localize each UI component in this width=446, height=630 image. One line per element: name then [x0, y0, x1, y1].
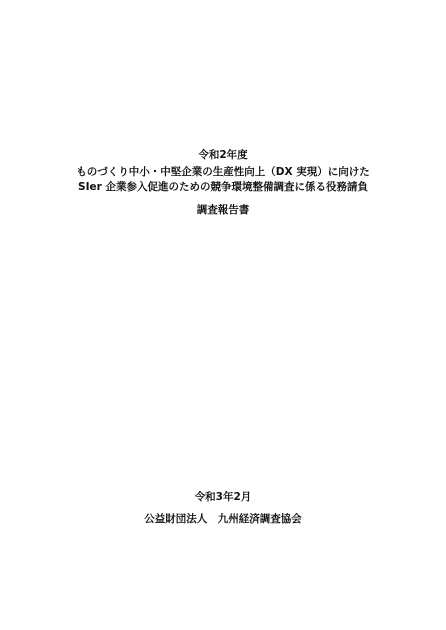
fiscal-year: 令和2年度: [0, 148, 446, 162]
report-type: 調査報告書: [0, 203, 446, 217]
title-line-2: SIer 企業参入促進のための競争環境整備調査に係る役務請負: [0, 180, 446, 194]
document-page: 令和2年度 ものづくり中小・中堅企業の生産性向上（DX 実現）に向けた SIer…: [0, 0, 446, 630]
organization-name: 公益財団法人 九州経済調査協会: [0, 512, 446, 526]
title-line-1: ものづくり中小・中堅企業の生産性向上（DX 実現）に向けた: [0, 165, 446, 179]
publication-date: 令和3年2月: [0, 490, 446, 504]
